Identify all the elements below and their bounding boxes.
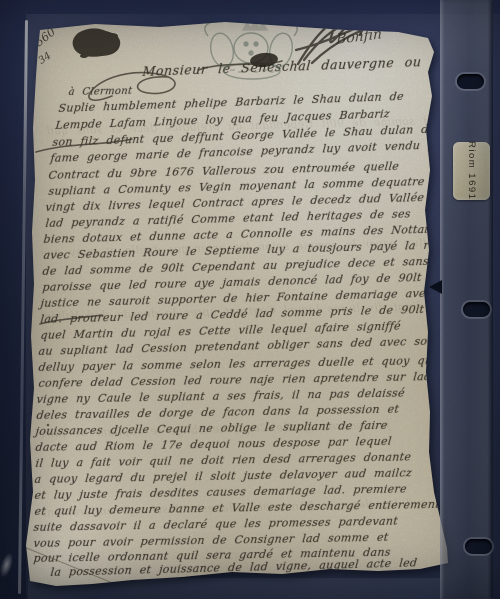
manuscript-line: Lempde Lafam Linjoue loy qua feu Jacques… <box>55 108 390 131</box>
manuscript-line: suite dassavoir il a declaré que les pro… <box>33 516 399 533</box>
binder-hole <box>463 302 490 317</box>
paper-surface: de lad somme de 90lt Cependant au prejud… <box>0 0 500 599</box>
manuscript-line: et luy juste frais desdites causes demar… <box>34 483 407 501</box>
bleedthrough-text: et quil luy demeure banne et Valle este … <box>42 497 448 519</box>
bleedthrough-text: vingt dix livres lequel Contract apres l… <box>44 301 423 322</box>
manuscript-line: quel Martin du rojal es Cette ville lequ… <box>40 321 401 341</box>
archival-photo: de lad somme de 90lt Cependant au prejud… <box>0 0 500 599</box>
manuscript-line: et quil luy demeure banne et Valle este … <box>34 499 441 517</box>
inventory-number: 3560 <box>28 26 58 53</box>
archival-label: Riom 1691 <box>453 142 490 200</box>
manuscript-line: biens dotaux et dunne acte a Connolle es… <box>43 224 441 245</box>
manuscript-line: lad peyrandz a ratifié Comme etant led h… <box>45 208 411 229</box>
manuscript-line: lad. proureur led roure a Ceddé lad somm… <box>40 303 454 325</box>
manuscript-line: paroisse que led roure aye jamais denonc… <box>42 272 422 293</box>
manuscript-line: il luy a fait voir quil ne doit rien des… <box>35 451 412 469</box>
manuscript-line: la possession et jouissance de lad vigne… <box>50 557 418 578</box>
strip-notch <box>429 280 442 294</box>
manuscript-line: pour icelle ordonnant quil sera gardé et… <box>33 547 391 564</box>
manuscript-line: au supliant lad Cession pretendant oblig… <box>38 335 456 357</box>
manuscript-line: vigne ny Caule le supliant a ses frais, … <box>36 388 405 405</box>
armorial-tax-stamp-icon <box>0 0 500 599</box>
manuscript-line: fame george marie de francoise peyrandz … <box>50 139 448 164</box>
binder-hole <box>465 539 492 554</box>
binder-hole <box>457 74 484 89</box>
manuscript-line: jouissances djcelle Cequi ne oblige le s… <box>35 420 388 437</box>
bleedthrough-text: jouissances djcelle Cequi ne oblige le s… <box>38 419 390 439</box>
manuscript-line: Contract du 9bre 1676 Vallerous zou entr… <box>48 161 400 181</box>
manuscript-line: à Clermont <box>68 87 133 98</box>
manuscript-line: a quoy legard du prejel il sloit juste d… <box>34 467 413 485</box>
heading-inscription: Bonfin <box>336 27 382 47</box>
manuscript-line: vous pour avoir permission de Consigner … <box>33 532 389 549</box>
bleedthrough-text: de lad somme de 90lt Cependant au prejud… <box>46 115 463 137</box>
archival-label-text: Riom 1691 <box>466 141 477 200</box>
manuscript-line: de lad somme de 90lt Cependant au prejud… <box>42 255 460 277</box>
manuscript-line: supliant a Comunty es Vegin moyenant la … <box>48 176 425 197</box>
manuscript-line: dacte aud Riom le 17e dequoi nous despos… <box>35 436 392 453</box>
manuscript-page: de lad somme de 90lt Cependant au prejud… <box>0 0 500 599</box>
bleedthrough-text: delluy payer la somme selon les arrerage… <box>40 237 441 258</box>
manuscript-line: confere delad Cession led roure naje rie… <box>38 371 432 389</box>
manuscript-line: deles travailles de dorge de facon dans … <box>36 404 400 421</box>
manuscript-line: delluy payer la somme selon les arrerage… <box>38 355 440 373</box>
manuscript-line: Suplie humblement phelipe Barbariz le Sh… <box>58 91 404 114</box>
manuscript-line: son filz defunt que deffunt George Vallé… <box>52 124 436 148</box>
manuscript-line: avec Sebastien Roure le Septieme luy a t… <box>43 239 455 261</box>
inventory-number-secondary: 34 <box>37 51 53 66</box>
binder-strip <box>440 0 493 599</box>
manuscript-line: justice ne sauroit supporter de hier Fon… <box>40 288 433 309</box>
manuscript-line: vingt dix livres lequel Contract apres l… <box>45 192 425 213</box>
